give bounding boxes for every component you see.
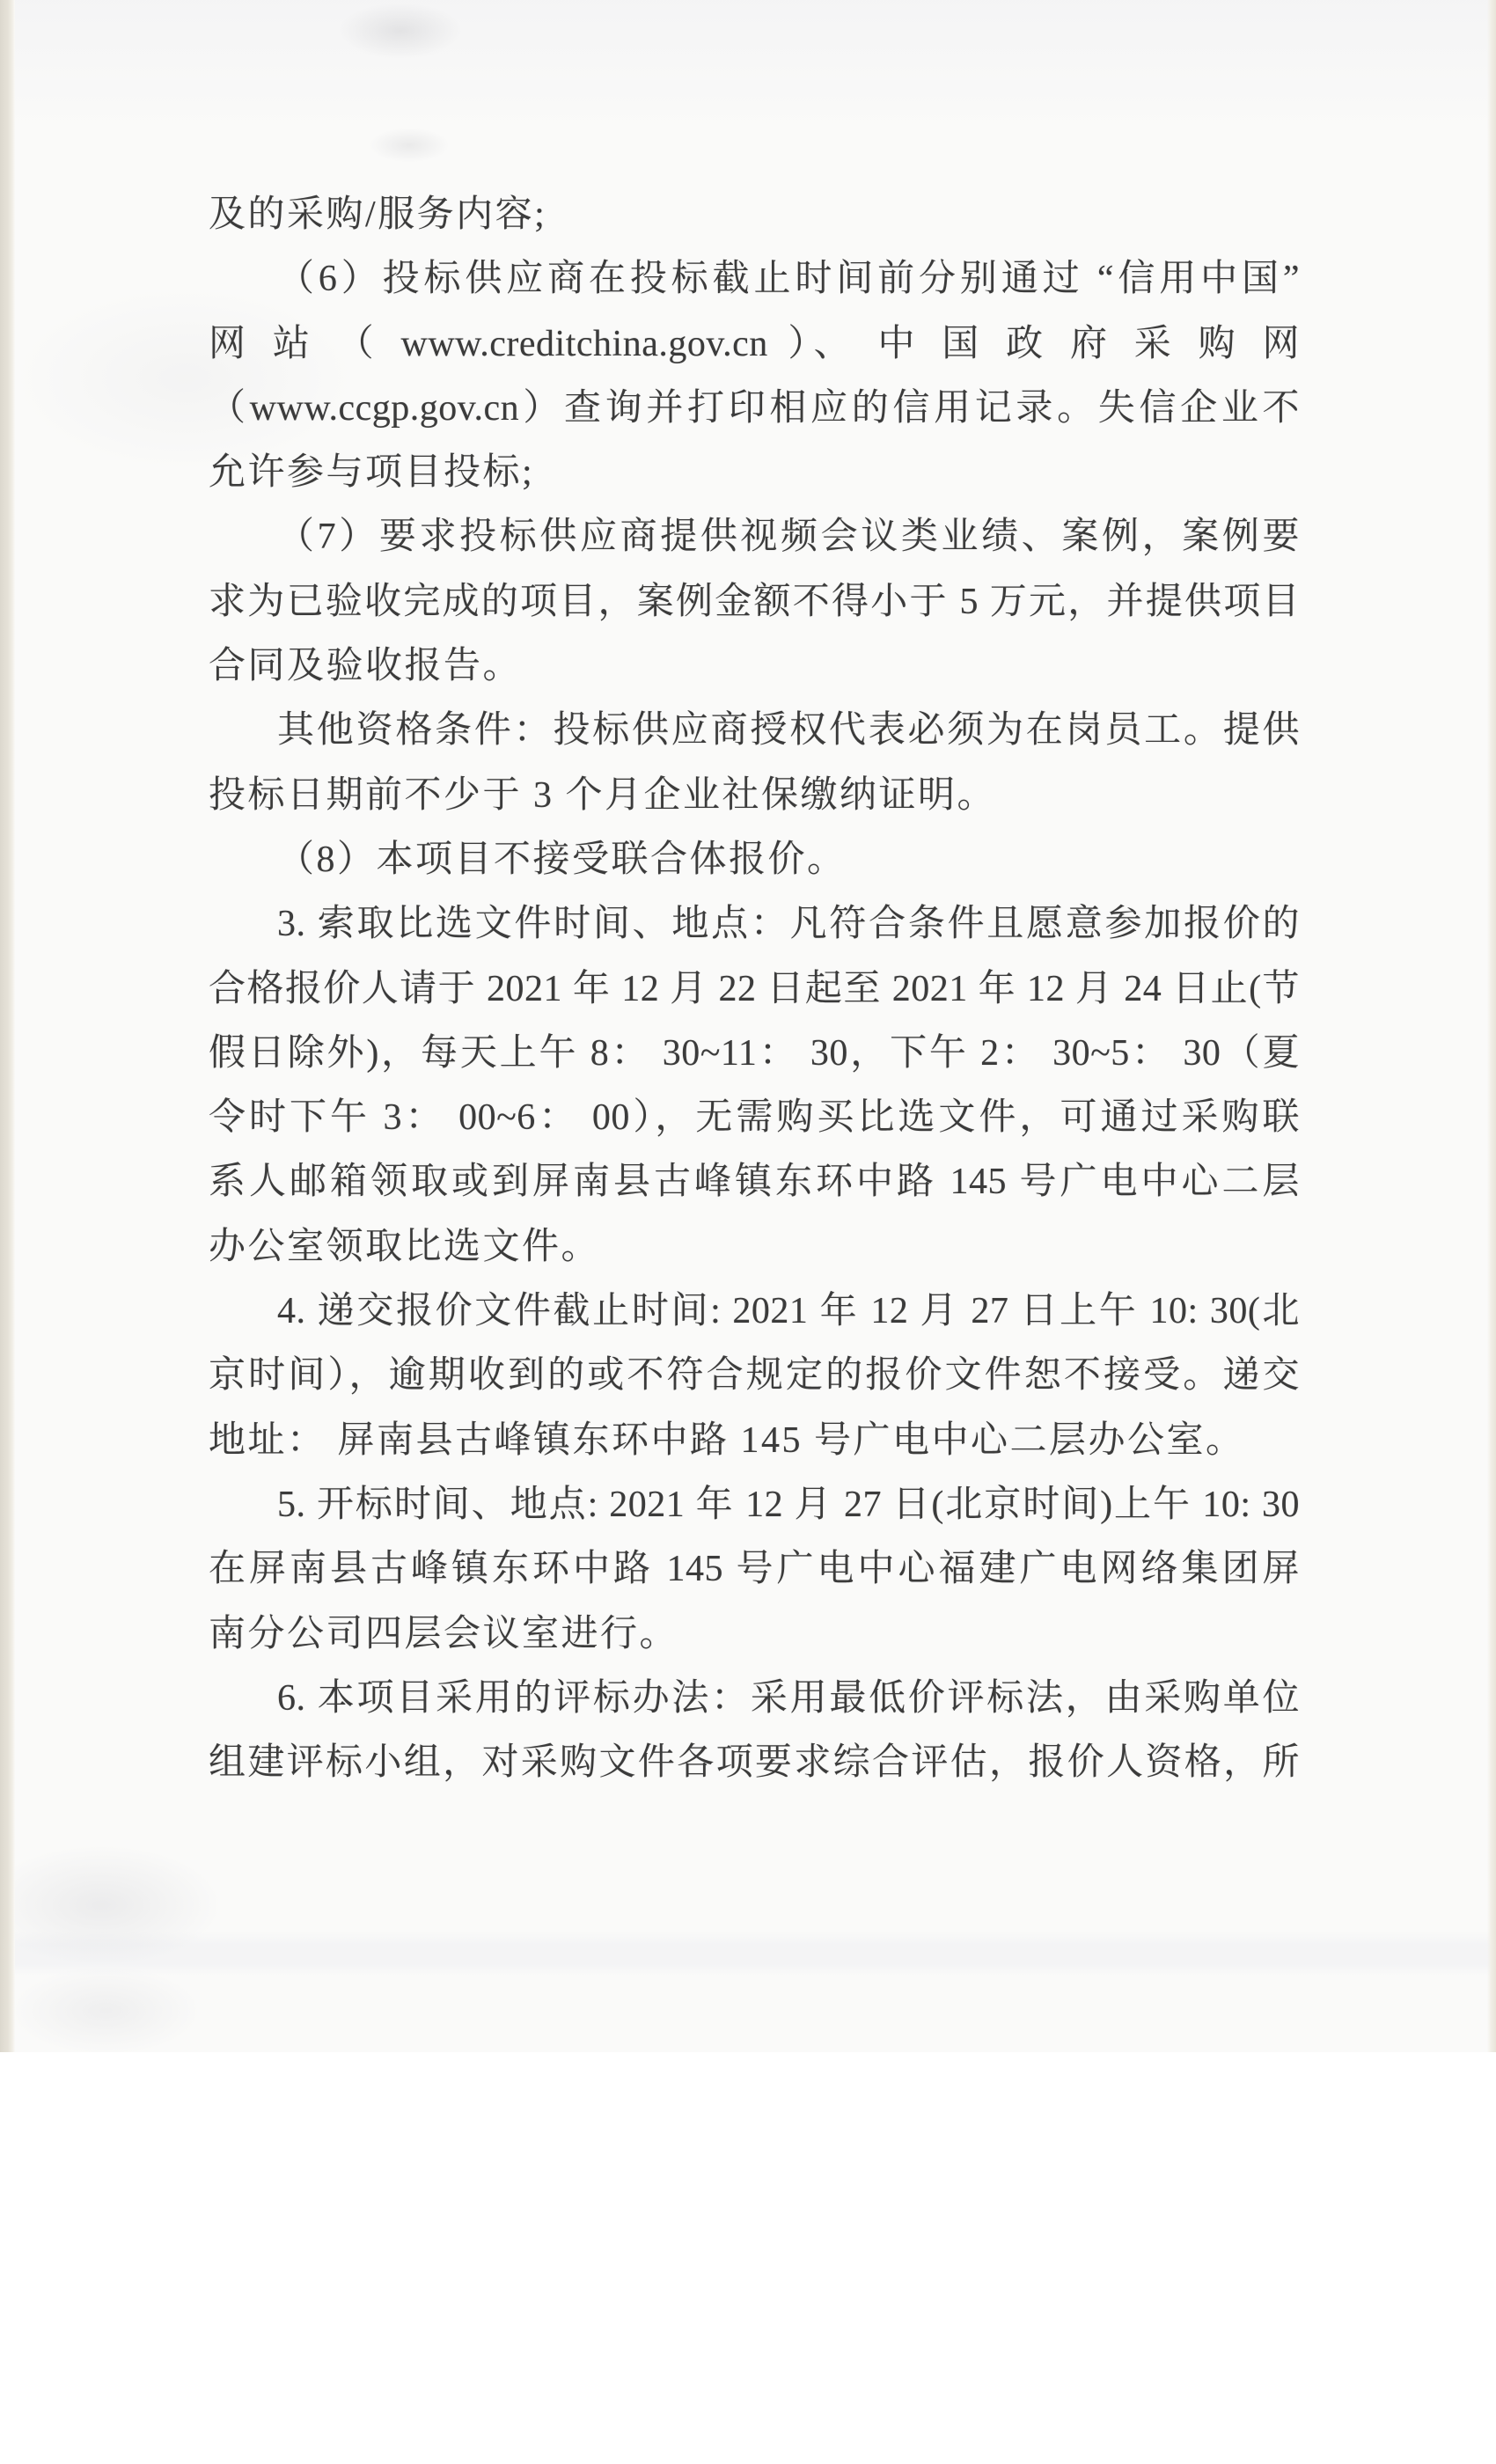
text-line: 令时下午 3： 00~6： 00），无需购买比选文件，可通过采购联 bbox=[209, 1086, 1300, 1150]
scanned-page: 及的采购/服务内容; （6）投标供应商在投标截止时间前分别通过 “信用中国” 网… bbox=[0, 0, 1496, 2052]
text-line: 南分公司四层会议室进行。 bbox=[209, 1602, 1300, 1667]
text-line: （6）投标供应商在投标截止时间前分别通过 “信用中国” bbox=[209, 247, 1300, 312]
text-line: 3. 索取比选文件时间、地点：凡符合条件且愿意参加报价的 bbox=[209, 892, 1300, 957]
text-line: 办公室领取比选文件。 bbox=[209, 1215, 1300, 1280]
text-line: （7）要求投标供应商提供视频会议类业绩、案例，案例要 bbox=[209, 505, 1300, 569]
text-line: 6. 本项目采用的评标办法：采用最低价评标法，由采购单位 bbox=[209, 1667, 1300, 1731]
document-text: 及的采购/服务内容; （6）投标供应商在投标截止时间前分别通过 “信用中国” 网… bbox=[209, 183, 1300, 1795]
scan-left-edge bbox=[0, 0, 15, 2052]
scan-right-edge bbox=[1487, 0, 1496, 2052]
text-line: 京时间），逾期收到的或不符合规定的报价文件恕不接受。递交 bbox=[209, 1344, 1300, 1408]
text-line: 及的采购/服务内容; bbox=[209, 183, 1300, 247]
text-line: 4. 递交报价文件截止时间: 2021 年 12 月 27 日上午 10: 30… bbox=[209, 1280, 1300, 1344]
text-line: （www.ccgp.gov.cn）查询并打印相应的信用记录。失信企业不 bbox=[209, 377, 1300, 441]
text-line: 系人邮箱领取或到屏南县古峰镇东环中路 145 号广电中心二层 bbox=[209, 1150, 1300, 1214]
text-line: 合同及验收报告。 bbox=[209, 634, 1300, 699]
text-line: 5. 开标时间、地点: 2021 年 12 月 27 日(北京时间)上午 10:… bbox=[209, 1473, 1300, 1537]
text-line: （8）本项目不接受联合体报价。 bbox=[209, 828, 1300, 892]
text-line: 组建评标小组，对采购文件各项要求综合评估，报价人资格，所 bbox=[209, 1731, 1300, 1795]
text-line: 假日除外)，每天上午 8： 30~11： 30，下午 2： 30~5： 30（夏 bbox=[209, 1022, 1300, 1086]
screenshot-canvas: 及的采购/服务内容; （6）投标供应商在投标截止时间前分别通过 “信用中国” 网… bbox=[0, 0, 1496, 2464]
text-line: 允许参与项目投标; bbox=[209, 441, 1300, 505]
text-line: 其他资格条件：投标供应商授权代表必须为在岗员工。提供 bbox=[209, 699, 1300, 763]
text-line: 合格报价人请于 2021 年 12 月 22 日起至 2021 年 12 月 2… bbox=[209, 957, 1300, 1022]
text-line: 求为已验收完成的项目，案例金额不得小于 5 万元，并提供项目 bbox=[209, 570, 1300, 634]
text-line: 网 站 （ www.creditchina.gov.cn ）、 中 国 政 府 … bbox=[209, 312, 1300, 377]
text-line: 在屏南县古峰镇东环中路 145 号广电中心福建广电网络集团屏 bbox=[209, 1537, 1300, 1602]
text-line: 投标日期前不少于 3 个月企业社保缴纳证明。 bbox=[209, 764, 1300, 828]
text-line: 地址： 屏南县古峰镇东环中路 145 号广电中心二层办公室。 bbox=[209, 1409, 1300, 1473]
